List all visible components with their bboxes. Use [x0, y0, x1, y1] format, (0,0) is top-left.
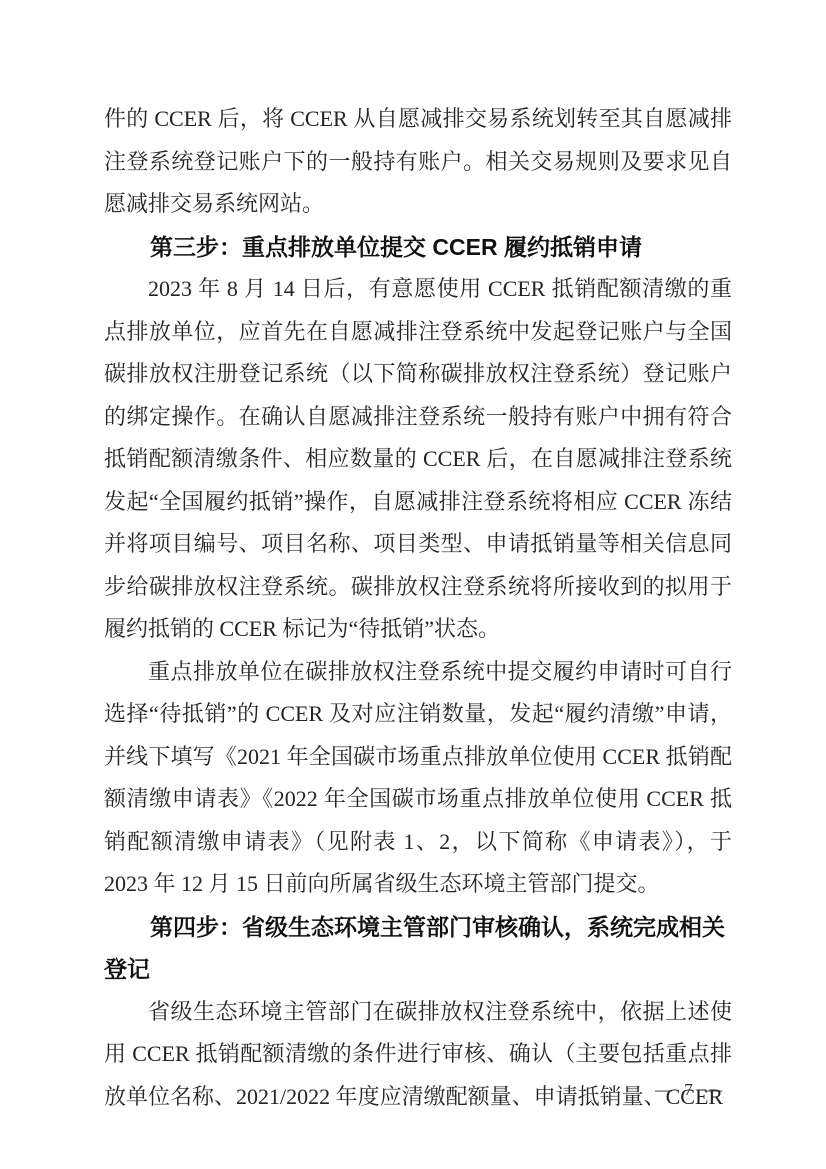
body-paragraph: 重点排放单位在碳排放权注登系统中提交履约申请时可自行选择“待抵销”的 CCER …: [104, 651, 732, 906]
document-body: 件的 CCER 后，将 CCER 从自愿减排交易系统划转至其自愿减排注登系统登记…: [104, 98, 732, 1118]
section-heading: 第三步：重点排放单位提交 CCER 履约抵销申请: [104, 226, 732, 269]
document-page: 件的 CCER 后，将 CCER 从自愿减排交易系统划转至其自愿减排注登系统登记…: [0, 0, 826, 1169]
page-number: — 7 —: [655, 1080, 726, 1099]
body-paragraph: 2023 年 8 月 14 日后，有意愿使用 CCER 抵销配额清缴的重点排放单…: [104, 268, 732, 651]
body-paragraph: 件的 CCER 后，将 CCER 从自愿减排交易系统划转至其自愿减排注登系统登记…: [104, 98, 732, 226]
body-paragraph: 省级生态环境主管部门在碳排放权注登系统中，依据上述使用 CCER 抵销配额清缴的…: [104, 991, 732, 1119]
section-heading: 第四步：省级生态环境主管部门审核确认，系统完成相关登记: [104, 906, 732, 991]
page-footer: — 7 —: [655, 1080, 726, 1100]
